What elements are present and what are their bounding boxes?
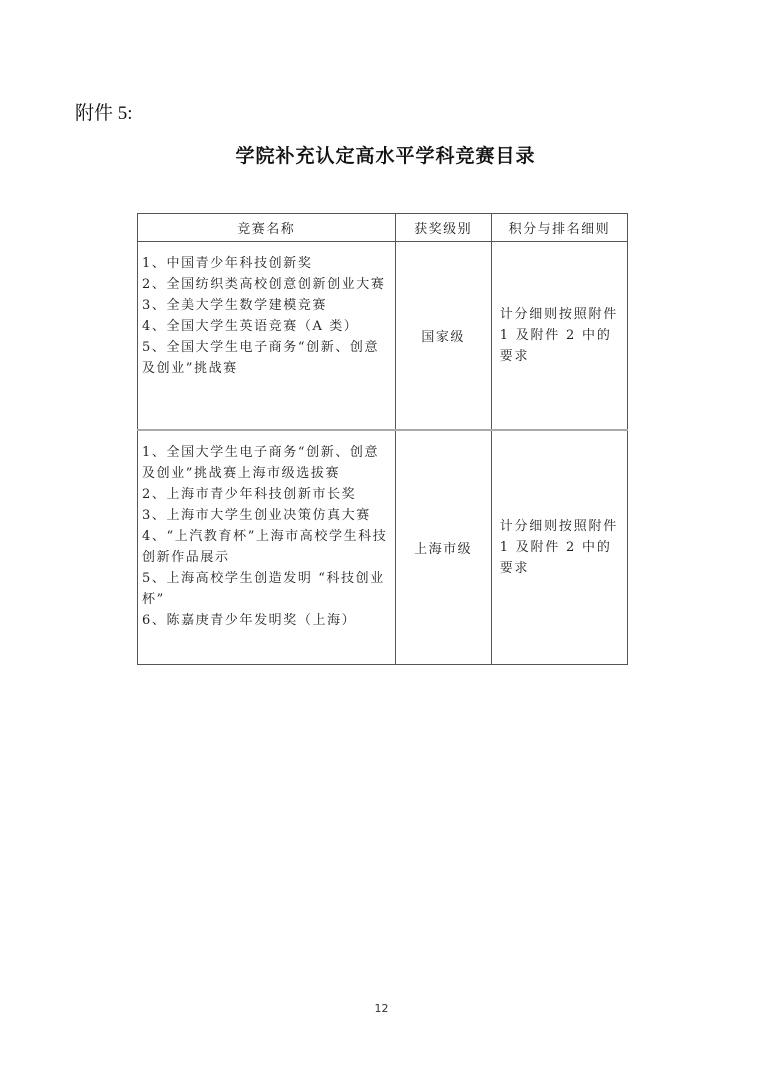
list-item: 2、上海市青少年科技创新市长奖 [142,484,389,505]
scoring-rule: 计分细则按照附件 1 及附件 2 中的要求 [491,242,627,431]
list-item: 1、全国大学生电子商务“创新、创意及创业”挑战赛上海市级选拔赛 [142,442,389,484]
competition-list: 1、全国大学生电子商务“创新、创意及创业”挑战赛上海市级选拔赛 2、上海市青少年… [138,430,396,665]
scoring-rule: 计分细则按照附件 1 及附件 2 中的要求 [491,430,627,665]
table-row: 1、中国青少年科技创新奖 2、全国纺织类高校创意创新创业大赛 3、全美大学生数学… [138,242,628,431]
award-level: 上海市级 [395,430,491,665]
document-title-text: 学院补充认定高水平学科竞赛目录 [235,143,535,169]
table-header-row: 竞赛名称 获奖级别 积分与排名细则 [138,214,628,242]
header-award-level: 获奖级别 [395,214,491,242]
header-competition-name: 竞赛名称 [138,214,396,242]
list-item: 3、全美大学生数学建模竞赛 [142,295,389,316]
document-title: 学院补充认定高水平学科竞赛目录 [0,143,763,169]
header-scoring-rules: 积分与排名细则 [491,214,627,242]
list-item: 2、全国纺织类高校创意创新创业大赛 [142,274,389,295]
list-item: 4、全国大学生英语竞赛（A 类） [142,316,389,337]
list-item: 1、中国青少年科技创新奖 [142,253,389,274]
list-item: 4、“上汽教育杯”上海市高校学生科技创新作品展示 [142,526,389,568]
list-item: 5、全国大学生电子商务“创新、创意及创业”挑战赛 [142,337,389,379]
competition-list: 1、中国青少年科技创新奖 2、全国纺织类高校创意创新创业大赛 3、全美大学生数学… [138,242,396,431]
competition-table: 竞赛名称 获奖级别 积分与排名细则 1、中国青少年科技创新奖 2、全国纺织类高校… [137,213,628,665]
page-number: 12 [0,1002,763,1015]
attachment-label: 附件 5: [75,102,133,126]
award-level: 国家级 [395,242,491,431]
list-item: 6、陈嘉庚青少年发明奖（上海） [142,610,389,631]
list-item: 5、上海高校学生创造发明 “科技创业杯” [142,568,389,610]
list-item: 3、上海市大学生创业决策仿真大赛 [142,505,389,526]
table-row: 1、全国大学生电子商务“创新、创意及创业”挑战赛上海市级选拔赛 2、上海市青少年… [138,430,628,665]
